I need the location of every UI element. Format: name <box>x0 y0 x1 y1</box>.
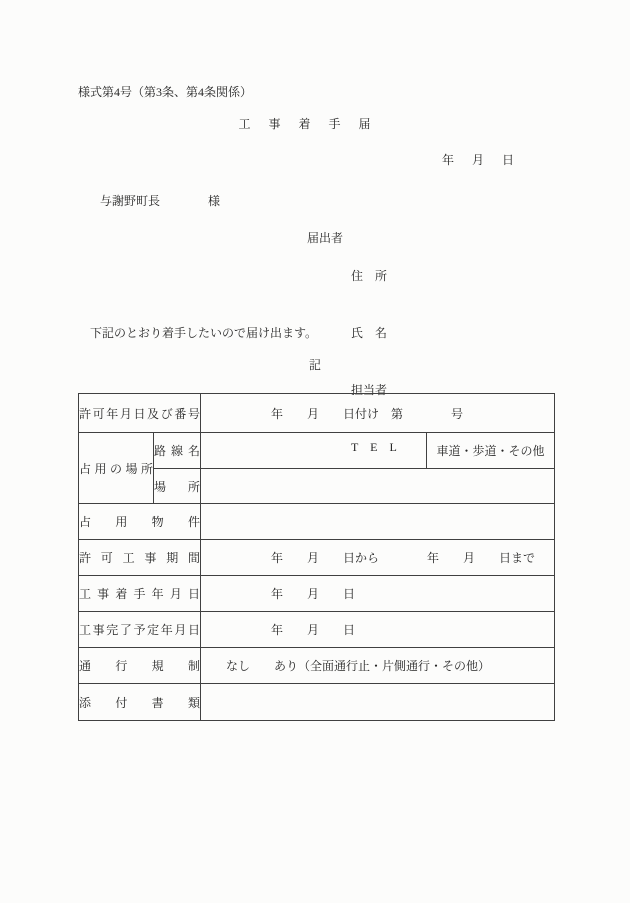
completion-date-row: 工事完了予定年月日 年 月 日 <box>79 612 555 648</box>
traffic-regulation-value: なし あり（全面通行止・片側通行・その他） <box>201 648 555 684</box>
notifier-field-address: 住 所 <box>351 267 397 286</box>
route-name-value <box>201 433 427 469</box>
notifier-field-name: 氏 名 <box>351 324 397 343</box>
submission-date-line: 年 月 日 <box>442 151 517 168</box>
form-number: 様式第4号（第3条、第4条関係） <box>78 83 252 100</box>
permitted-period-value: 年 月 日から 年 月 日まで <box>201 540 555 576</box>
permit-date-number-row: 許可年月日及び番号 年 月 日付け 第 号 <box>79 394 555 433</box>
route-name-label: 路線名 <box>154 433 201 469</box>
occupied-property-value <box>201 504 555 540</box>
page-title: 工 事 着 手 届 <box>0 115 612 132</box>
occupancy-location-label: 占用の場所 <box>79 433 154 504</box>
occupied-property-row: 占用物件 <box>79 504 555 540</box>
permitted-period-row: 許可工事期間 年 月 日から 年 月 日まで <box>79 540 555 576</box>
traffic-regulation-row: 通行規制 なし あり（全面通行止・片側通行・その他） <box>79 648 555 684</box>
attached-documents-label: 添付書類 <box>79 684 201 721</box>
route-name-row: 占用の場所 路線名 車道・歩道・その他 <box>79 433 555 469</box>
form-table: 許可年月日及び番号 年 月 日付け 第 号 占用の場所 路線名 車道・歩道・その… <box>78 393 555 721</box>
completion-date-value: 年 月 日 <box>201 612 555 648</box>
traffic-regulation-label: 通行規制 <box>79 648 201 684</box>
permit-date-number-label: 許可年月日及び番号 <box>79 394 201 433</box>
permitted-period-label: 許可工事期間 <box>79 540 201 576</box>
occupied-property-label: 占用物件 <box>79 504 201 540</box>
document-page: 様式第4号（第3条、第4条関係） 工 事 着 手 届 年 月 日 与謝野町長 様… <box>0 0 630 903</box>
body-statement: 下記のとおり着手したいので届け出ます。 <box>90 324 317 341</box>
permit-date-number-value: 年 月 日付け 第 号 <box>201 394 555 433</box>
place-value <box>201 469 555 504</box>
completion-date-label: 工事完了予定年月日 <box>79 612 201 648</box>
road-type-options: 車道・歩道・その他 <box>427 433 555 469</box>
addressee-line: 与謝野町長 様 <box>100 192 220 209</box>
start-date-row: 工事着手年月日 年 月 日 <box>79 576 555 612</box>
place-label: 場所 <box>154 469 201 504</box>
start-date-label: 工事着手年月日 <box>79 576 201 612</box>
attached-documents-row: 添付書類 <box>79 684 555 721</box>
attached-documents-value <box>201 684 555 721</box>
record-mark: 記 <box>0 356 630 373</box>
start-date-value: 年 月 日 <box>201 576 555 612</box>
